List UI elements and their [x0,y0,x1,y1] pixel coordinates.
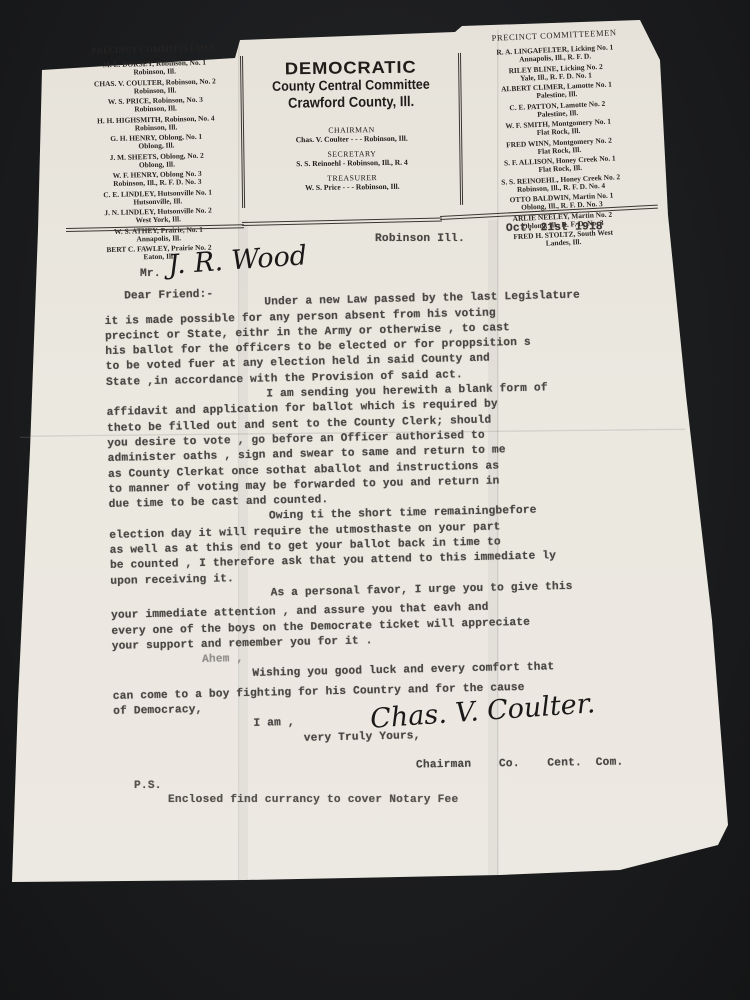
officer-name: W. S. Price - - - Robinson, Ill. [245,181,460,193]
committeeman: C. E. LINDLEY, Hutsonville No. 1Hutsonvi… [74,187,242,207]
committeeman: H. H. HIGHSMITH, Robinson, No. 4Robinson… [72,113,240,133]
letter-place: Robinson Ill. [375,233,465,245]
officer-name: S. S. Reinoehl - Robinson, Ill., R. 4 [244,157,459,169]
letter-sheet: PRECINCT COMMITTEEMEN M. L. DORSEY, Robi… [0,0,750,1000]
recipient-prefix: Mr. [140,268,161,280]
letter-date: Oct. 21st 1918 [506,221,603,235]
committeeman: M. L. DORSEY, Robinson, No. 1Robinson, I… [70,58,238,78]
letter-body: Dear Friend:- Under a new Law passed by … [104,277,694,750]
committeeman: J. M. SHEETS, Oblong, No. 2Oblong, Ill. [73,150,241,170]
org-county: Crawford County, Ill. [244,91,459,114]
officer-name: Chas. V. Coulter - - - Robinson, Ill. [244,133,459,145]
precinct-committeemen-right: PRECINCT COMMITTEEMEN R. A. LINGAFELTER,… [468,26,650,253]
committeeman: J. N. LINDLEY, Hutsonville No. 2West Yor… [74,206,242,226]
precinct-committeemen-left: PRECINCT COMMITTEEMEN M. L. DORSEY, Robi… [70,42,243,266]
column-heading: PRECINCT COMMITTEEMEN [70,42,238,56]
ps-label: P.S. [134,780,162,792]
committeeman: G. H. HENRY, Oblong, No. 1Oblong, Ill. [72,132,240,152]
ps-text: Enclosed find currancy to cover Notary F… [168,794,458,806]
committeeman: W. S. PRICE, Robinson, No. 3Robinson, Il… [71,95,239,115]
committeeman: CHAS. V. COULTER, Robinson, No. 2Robinso… [71,76,239,96]
photo-scene: PRECINCT COMMITTEEMEN M. L. DORSEY, Robi… [0,0,750,1000]
letterhead-center: DEMOCRATIC County Central Committee Craw… [240,53,463,208]
committeeman: W. F. HENRY, Oblong No. 3Robinson, Ill.,… [73,169,241,189]
